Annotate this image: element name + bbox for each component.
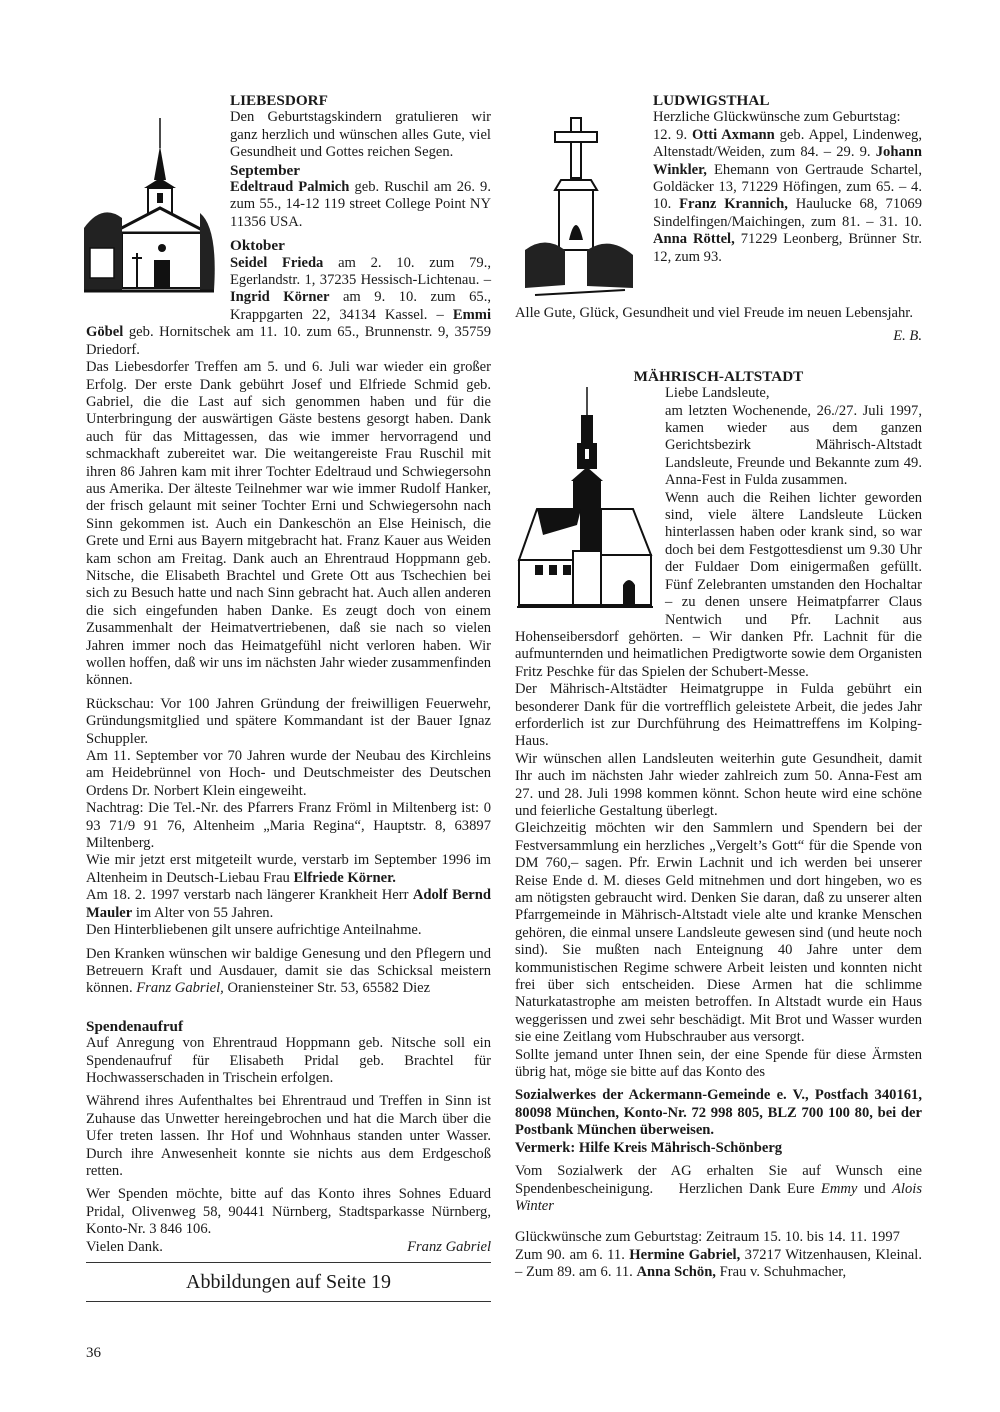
altstadt-paragraph: Sollte jemand unter Ihnen sein, der eine… <box>515 1047 922 1082</box>
birthday-list: Zum 90. am 6. 11. Hermine Gabriel, 37217… <box>515 1247 922 1282</box>
condolence-text: Den Hinterbliebenen gilt unsere aufricht… <box>86 922 491 939</box>
spenden-paragraph: Wer Spenden möchte, bitte auf das Konto … <box>86 1186 491 1238</box>
church-illustration <box>82 108 220 308</box>
left-column: LIEBESDORF Den Geburtstagskindern gratul… <box>86 92 491 1302</box>
bank-details: Sozialwerkes der Ackermann-Gemeinde e. V… <box>515 1087 922 1139</box>
tower-icon <box>515 385 655 615</box>
death-notice: Am 18. 2. 1997 verstarb nach längerer Kr… <box>86 887 491 922</box>
nachtrag-paragraph: Nachtrag: Die Tel.-Nr. des Pfarrers Fran… <box>86 800 491 852</box>
cross-icon <box>515 110 643 300</box>
notice-text: Wie mir jetzt erst mitgeteilt wurde, ver… <box>86 852 491 885</box>
altstadt-paragraph: Gleichzeitig möchten wir den Sammlern un… <box>515 820 922 1046</box>
town-tower-illustration <box>515 385 655 620</box>
person-name: Elfriede Körner. <box>294 870 396 886</box>
birthday-period: Glückwünsche zum Geburtstag: Zeitraum 15… <box>515 1229 922 1246</box>
thanks-text: Vielen Dank. <box>86 1239 163 1256</box>
section-title-liebesdorf: LIEBESDORF <box>86 92 491 109</box>
section-title-ludwigsthal: LUDWIGSTHAL <box>515 92 922 109</box>
section-title-spendenaufruf: Spendenaufruf <box>86 1018 491 1035</box>
signature-name: Emmy <box>821 1181 857 1197</box>
person-name: Franz Krannich, <box>679 196 788 212</box>
figures-caption: Abbildungen auf Seite 19 <box>86 1263 491 1301</box>
entry-text: Zum 90. am 6. 11. <box>515 1247 629 1263</box>
kirchlein-paragraph: Am 11. September vor 70 Jahren wurde der… <box>86 748 491 800</box>
conjunction: und <box>857 1181 892 1197</box>
author-name: Franz Gabriel, <box>136 980 224 996</box>
signature: E. B. <box>515 328 922 345</box>
death-notice: Wie mir jetzt erst mitgeteilt wurde, ver… <box>86 852 491 887</box>
person-name: Edeltraud Palmich <box>230 179 349 195</box>
author-address: Oraniensteiner Str. 53, 65582 Diez <box>224 980 430 996</box>
altstadt-paragraph: Wir wünschen allen Landsleuten weiterhin… <box>515 751 922 821</box>
entry-text: geb. Hornitschek am 11. 10. zum 65., Bru… <box>86 324 491 357</box>
transfer-note: Vermerk: Hilfe Kreis Mährisch-Schönberg <box>515 1140 922 1157</box>
figures-box: Abbildungen auf Seite 19 <box>86 1262 491 1302</box>
treffen-paragraph: Das Liebesdorfer Treffen am 5. und 6. Ju… <box>86 359 491 690</box>
wishes-text: Alle Gute, Glück, Gesundheit und viel Fr… <box>515 305 922 322</box>
spenden-paragraph: Auf Anregung von Ehrentraud Hoppmann geb… <box>86 1035 491 1087</box>
person-name: Anna Schön, <box>636 1264 716 1280</box>
entry-text: 12. 9. <box>653 127 692 143</box>
entry-text: Frau v. Schuhmacher, <box>716 1264 846 1280</box>
notice-text: im Alter von 55 Jahren. <box>132 905 273 921</box>
signature: Franz Gabriel <box>407 1239 491 1256</box>
person-name: Anna Röttel, <box>653 231 735 247</box>
right-column: LUDWIGSTHAL Herzliche Glückwünsche zum G… <box>515 92 922 1282</box>
closing-text: Herzlichen Dank Eure <box>679 1181 821 1197</box>
receipt-paragraph: Vom Sozialwerk der AG erhalten Sie auf W… <box>515 1163 922 1215</box>
person-name: Ingrid Körner <box>230 289 329 305</box>
person-name: Seidel Frieda <box>230 255 323 271</box>
wayside-cross-illustration <box>515 110 643 305</box>
signature-row: Vielen Dank. Franz Gabriel <box>86 1239 491 1256</box>
page-number: 36 <box>86 1345 101 1362</box>
altstadt-paragraph: Der Mährisch-Altstädter Heimatgruppe in … <box>515 681 922 751</box>
section-title-altstadt: MÄHRISCH-ALTSTADT <box>515 368 922 385</box>
kranken-paragraph: Den Kranken wünschen wir baldige Genesun… <box>86 946 491 998</box>
rueckschau-paragraph: Rückschau: Vor 100 Jahren Gründung der f… <box>86 696 491 748</box>
spenden-paragraph: Während ihres Aufenthaltes bei Ehrentrau… <box>86 1093 491 1180</box>
person-name: Otti Axmann <box>692 127 775 143</box>
divider-bottom <box>86 1301 491 1302</box>
person-name: Hermine Gabriel, <box>629 1247 740 1263</box>
signature-initials: E. B. <box>893 328 922 344</box>
notice-text: Am 18. 2. 1997 verstarb nach längerer Kr… <box>86 887 413 903</box>
church-icon <box>82 108 220 298</box>
